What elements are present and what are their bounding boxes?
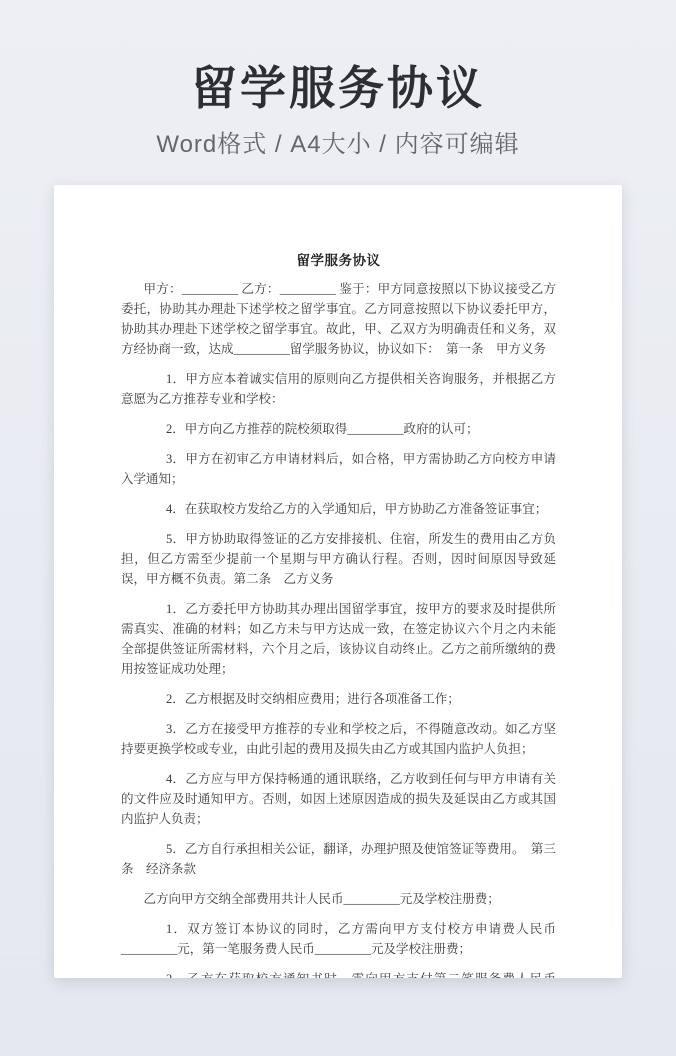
preview-background: { "colors": { "background": "#e8ebf1", "… — [0, 0, 676, 1056]
document-paragraph: 1．双方签订本协议的同时，乙方需向甲方支付校方申请费人民币_________元，… — [121, 919, 556, 959]
document-paragraph: 4．在获取校方发给乙方的入学通知后，甲方协助乙方准备签证事宜； — [121, 499, 556, 519]
document-paragraph: 1．乙方委托甲方协助其办理出国留学事宜，按甲方的要求及时提供所需真实、准确的材料… — [121, 599, 556, 679]
document-paragraph: 4．乙方应与甲方保持畅通的通讯联络，乙方收到任何与甲方申请有关的文件应及时通知甲… — [121, 769, 556, 829]
document-paragraph: 3．甲方在初审乙方申请材料后，如合格，甲方需协助乙方向校方申请入学通知； — [121, 449, 556, 489]
document-body: 甲方：_________ 乙方：_________ 鉴于：甲方同意按照以下协议接… — [121, 279, 556, 978]
document-paragraph: 1．甲方应本着诚实信用的原则向乙方提供相关咨询服务，并根据乙方意愿为乙方推荐专业… — [121, 369, 556, 409]
document-paragraph: 2．乙方根据及时交纳相应费用；进行各项准备工作； — [121, 689, 556, 709]
document-paragraph: 5．甲方协助取得签证的乙方安排接机、住宿，所发生的费用由乙方负担，但乙方需至少提… — [121, 529, 556, 589]
document-paragraph: 乙方向甲方交纳全部费用共计人民币_________元及学校注册费； — [121, 889, 556, 909]
template-title: 留学服务协议 — [0, 62, 676, 115]
template-subtitle: Word格式 / A4大小 / 内容可编辑 — [0, 124, 676, 159]
document-paragraph: 2．乙方在获取校方通知书时，需向甲方支付第二笔服务费人民币_________元及… — [121, 969, 556, 978]
document-paragraph: 3．乙方在接受甲方推荐的专业和学校之后，不得随意改动。如乙方坚持要更换学校或专业… — [121, 719, 556, 759]
template-header: 留学服务协议 Word格式 / A4大小 / 内容可编辑 — [0, 0, 676, 159]
document-paragraph: 甲方：_________ 乙方：_________ 鉴于：甲方同意按照以下协议接… — [121, 279, 556, 359]
document-title: 留学服务协议 — [121, 249, 556, 269]
document-page: 留学服务协议 甲方：_________ 乙方：_________ 鉴于：甲方同意… — [54, 185, 622, 978]
document-paragraph: 5．乙方自行承担相关公证，翻译，办理护照及使馆签证等费用。 第三条 经济条款 — [121, 839, 556, 879]
document-paragraph: 2．甲方向乙方推荐的院校须取得_________政府的认可； — [121, 419, 556, 439]
